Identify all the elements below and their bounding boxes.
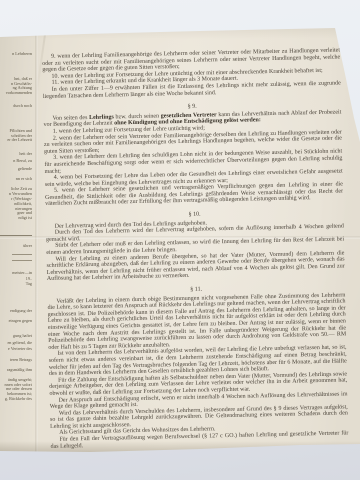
- contract-paragraph: Will der Lehrling zu einem anderen Beruf…: [46, 250, 345, 283]
- left-page-fragment: 19..: [0, 277, 32, 282]
- left-page-fragment: n Beruf, zu: [0, 159, 32, 164]
- left-page-fragment: ragsmäßig ihm: [0, 368, 32, 373]
- body-text: hat der Lehrherr dem Lehrling unter Anga…: [51, 459, 349, 478]
- left-page-edge-column: n Lehrherrnhnt, daß ern Geschäfts-ng Ach…: [0, 52, 32, 402]
- contract-text-column: 9. wenn der Lehrling Familienangehörige …: [42, 47, 349, 478]
- body-text: Verläßt der Lehrling in einem durch obig…: [47, 292, 346, 351]
- left-page-fragment: endigung der: [0, 309, 32, 314]
- left-page-fragment: g, Rückkehr des: [0, 397, 32, 402]
- left-page-fragment: etragen gegen: [0, 319, 32, 324]
- left-page-fragment: heit der: [0, 152, 32, 157]
- left-page-fragment: Tag: [0, 282, 32, 287]
- left-page-fragment: vorkommenden: [0, 91, 32, 96]
- left-page-fragment: er der Lehrzeit: [0, 138, 32, 143]
- photo-backdrop: n Lehrherrnhnt, daß ern Geschäfts-ng Ach…: [0, 0, 360, 480]
- body-text: Will der Lehrling zu einem anderen Beruf…: [47, 250, 345, 282]
- section-heading: § 12.: [51, 451, 349, 464]
- left-page-fill-line: [12, 254, 32, 255]
- contract-paragraph: Verläßt der Lehrling in einem durch obig…: [47, 292, 346, 351]
- left-page-fragment: durch noch: [0, 104, 32, 109]
- body-text: Bei: [60, 465, 71, 471]
- left-page-fragment: ndigt ist: [0, 216, 32, 221]
- document-paper: n Lehrherrnhnt, daß ern Geschäfts-ng Ach…: [0, 0, 360, 480]
- left-page-rule: [0, 235, 32, 236]
- left-page-fragment: e Vertreter des: [0, 347, 32, 352]
- contract-paragraph: Bei ordnungsgemäßiger Beendigung der Leh…: [51, 459, 349, 479]
- left-page-fragment: meister—in: [0, 271, 32, 276]
- bold-text: ordnungsgemäßiger Beendigung der Lehrzei…: [71, 463, 190, 472]
- left-page-fill-line: [12, 260, 32, 261]
- left-page-fragment: ührer: [0, 244, 32, 249]
- left-page-fragment: n Lehrherrn: [0, 52, 32, 57]
- paper-top-edge-shading: [0, 27, 360, 39]
- left-page-fragment: nn er sich: [0, 177, 32, 182]
- paper-bottom-edge-shading: [0, 441, 360, 452]
- left-page-fragment: teren Betrags: [0, 358, 32, 363]
- left-page-fragment: en geltend, die: [0, 341, 32, 346]
- left-page-fragment: geltende: [0, 167, 32, 172]
- bold-text: Lehrlings: [89, 114, 114, 121]
- left-page-fragment: gung haftet: [0, 334, 32, 339]
